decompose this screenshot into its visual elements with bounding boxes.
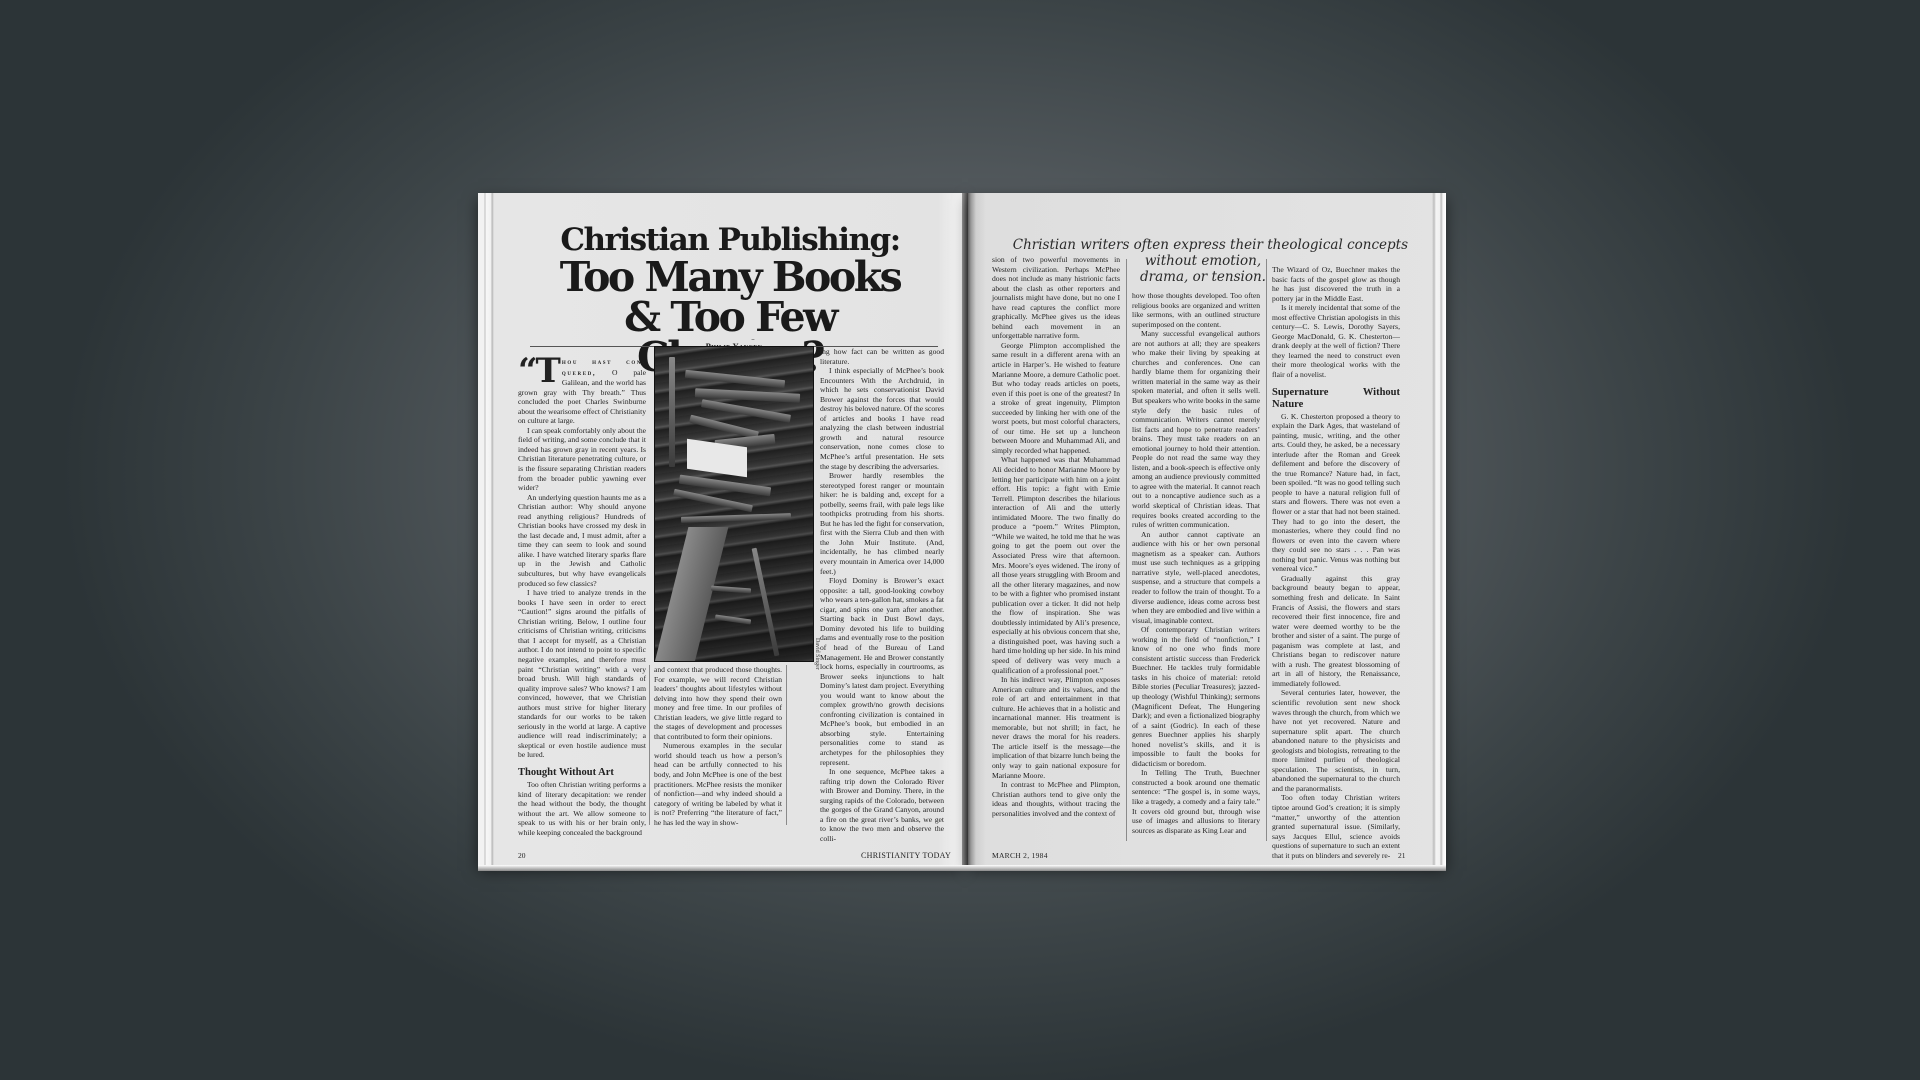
pull-quote-line-1: Christian writers often express their th… <box>988 237 1408 253</box>
page-number: 21 <box>1398 851 1406 860</box>
paragraph: George Plimpton accomplished the same re… <box>992 341 1120 456</box>
column-rule <box>649 665 650 825</box>
left-column-3: ing how fact can be written as good lite… <box>820 347 944 843</box>
right-page: Christian writers often express their th… <box>968 193 1446 865</box>
section-heading: Thought Without Art <box>518 767 646 779</box>
paragraph: Gradually against this gray background b… <box>1272 574 1400 689</box>
title-line-1: Christian Publishing: <box>530 223 930 257</box>
paragraph: and context that produced those thoughts… <box>654 665 782 741</box>
paragraph: how those thoughts developed. Too often … <box>1132 291 1260 329</box>
opening-paragraph: “Thou hast con-quered, O pale Galilean, … <box>518 357 646 426</box>
paragraph: sion of two powerful movements in Wester… <box>992 255 1120 341</box>
stack-of-books-photo <box>654 346 814 662</box>
paragraph: Many successful evangelical authors are … <box>1132 329 1260 529</box>
paragraph: What happened was that Muhammad Ali deci… <box>992 455 1120 675</box>
paragraph: Floyd Dominy is Brower’s exact opposite:… <box>820 576 944 767</box>
paragraph: I have tried to analyze trends in the bo… <box>518 588 646 760</box>
pull-quote-line-3: drama, or tension. <box>1138 269 1268 285</box>
paragraph: Brower hardly resembles the stereotyped … <box>820 471 944 576</box>
issue-date-footer: MARCH 2, 1984 <box>992 851 1048 860</box>
left-column-2: and context that produced those thoughts… <box>654 665 782 827</box>
title-line-2: Too Many Books <box>530 257 930 297</box>
drop-cap: “T <box>518 357 559 387</box>
paragraph: Too often Christian writing performs a k… <box>518 780 646 837</box>
paragraph: In Telling The Truth, Buechner construct… <box>1132 768 1260 835</box>
paragraph: I can speak comfortably only about the f… <box>518 426 646 493</box>
right-column-1: sion of two powerful movements in Wester… <box>992 255 1120 818</box>
paragraph: The Wizard of Oz, Buechner makes the bas… <box>1272 265 1400 303</box>
magazine-spread: Christian Publishing: Too Many Books & T… <box>478 193 1446 871</box>
paragraph: An author cannot captivate an audience w… <box>1132 530 1260 625</box>
column-rule <box>786 665 787 825</box>
paragraph: An underlying question haunts me as a Ch… <box>518 493 646 588</box>
paragraph: Numerous examples in the secular world s… <box>654 741 782 827</box>
left-page: Christian Publishing: Too Many Books & T… <box>478 193 962 865</box>
right-column-2: how those thoughts developed. Too often … <box>1132 291 1260 835</box>
column-rule <box>1266 259 1267 841</box>
paragraph: Is it merely incidental that some of the… <box>1272 303 1400 379</box>
right-column-3: The Wizard of Oz, Buechner makes the bas… <box>1272 265 1400 860</box>
paragraph: Several centuries later, however, the sc… <box>1272 688 1400 793</box>
magazine-name-footer: CHRISTIANITY TODAY <box>861 851 951 860</box>
paragraph: Too often today Christian writers tiptoe… <box>1272 793 1400 860</box>
paragraph: In one sequence, McPhee takes a rafting … <box>820 767 944 843</box>
left-column-1: “Thou hast con-quered, O pale Galilean, … <box>518 357 646 837</box>
column-rule <box>1126 259 1127 841</box>
pull-quote-line-2: without emotion, <box>1138 253 1268 269</box>
section-heading: Supernature Without Nature <box>1272 387 1400 411</box>
paragraph: In his indirect way, Plimpton exposes Am… <box>992 675 1120 780</box>
paragraph: I think especially of McPhee’s book Enco… <box>820 366 944 471</box>
paragraph: In contrast to McPhee and Plimpton, Chri… <box>992 780 1120 818</box>
paragraph: ing how fact can be written as good lite… <box>820 347 944 366</box>
page-bottom-edge <box>478 865 1446 871</box>
paragraph: Of contemporary Christian writers workin… <box>1132 625 1260 768</box>
paragraph: G. K. Chesterton proposed a theory to ex… <box>1272 412 1400 574</box>
page-number: 20 <box>518 851 526 860</box>
